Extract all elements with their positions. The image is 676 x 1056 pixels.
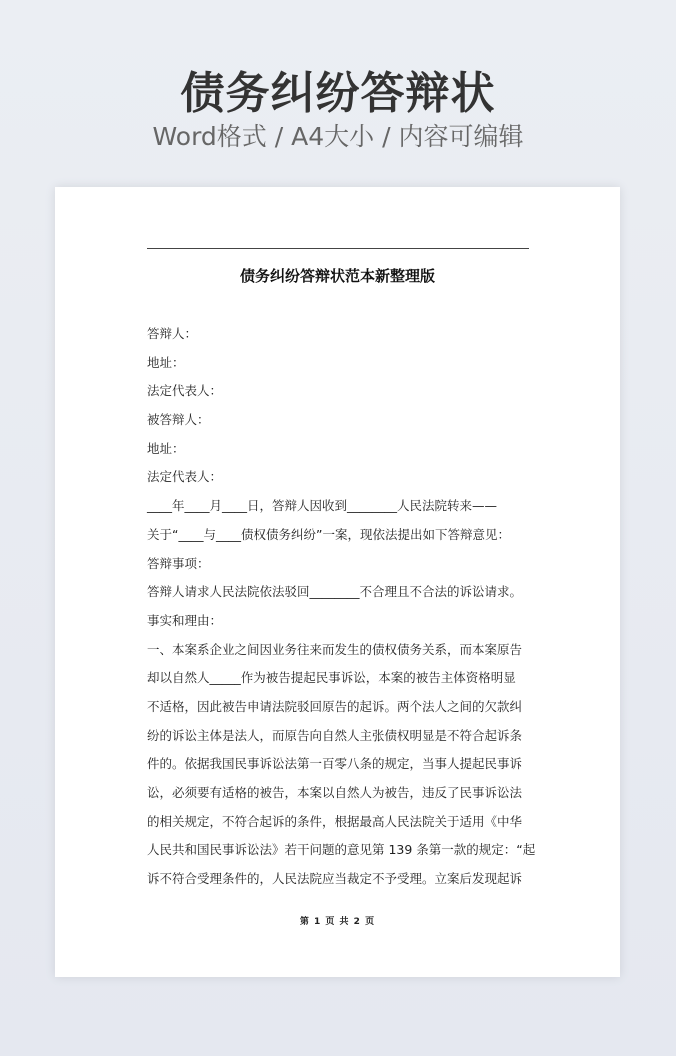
document-title: 债务纠纷答辩状范本新整理版 [55, 265, 620, 286]
paragraph-line: 件的。依据我国民事诉讼法第一百零八条的规定，当事人提起民事诉 [147, 750, 539, 779]
paragraph-line: 关于“____与____债权债务纠纷”一案，现依法提出如下答辩意见： [147, 521, 539, 550]
paragraph-line: 不适格，因此被告申请法院驳回原告的起诉。两个法人之间的欠款纠 [147, 693, 539, 722]
field-plaintiff-address: 地址： [147, 435, 539, 464]
header-rule [147, 248, 529, 249]
paragraph-line: 的相关规定，不符合起诉的条件，根据最高人民法院关于适用《中华 [147, 808, 539, 837]
field-legal-rep: 法定代表人： [147, 377, 539, 406]
paragraph-line: ____年____月____日，答辩人因收到________人民法院转来—— [147, 492, 539, 521]
page-number: 第 1 页 共 2 页 [55, 914, 620, 927]
hero-subtitle: Word格式 / A4大小 / 内容可编辑 [0, 118, 676, 156]
paragraph-line: 诉不符合受理条件的，人民法院应当裁定不予受理。立案后发现起诉 [147, 865, 539, 894]
field-plaintiff-legal-rep: 法定代表人： [147, 463, 539, 492]
paragraph-line: 人民共和国民事诉讼法》若干问题的意见第 139 条第一款的规定：“起 [147, 836, 539, 865]
paragraph-line: 纷的诉讼主体是法人，而原告向自然人主张债权明显是不符合起诉条 [147, 722, 539, 751]
paragraph-line: 答辩人请求人民法院依法驳回________不合理且不合法的诉讼请求。 [147, 578, 539, 607]
document-page: 债务纠纷答辩状范本新整理版 答辩人： 地址： 法定代表人： 被答辩人： 地址： … [55, 187, 620, 977]
hero-title: 债务纠纷答辩状 [0, 62, 676, 126]
paragraph-line: 一、本案系企业之间因业务往来而发生的债权债务关系，而本案原告 [147, 636, 539, 665]
section-heading-facts: 事实和理由： [147, 607, 539, 636]
section-heading-matters: 答辩事项： [147, 550, 539, 579]
paragraph-line: 却以自然人_____作为被告提起民事诉讼，本案的被告主体资格明显 [147, 664, 539, 693]
paragraph-line: 讼，必须要有适格的被告，本案以自然人为被告，违反了民事诉讼法 [147, 779, 539, 808]
document-body: 答辩人： 地址： 法定代表人： 被答辩人： 地址： 法定代表人： ____年__… [147, 320, 539, 894]
field-plaintiff: 被答辩人： [147, 406, 539, 435]
field-address: 地址： [147, 349, 539, 378]
field-respondent: 答辩人： [147, 320, 539, 349]
